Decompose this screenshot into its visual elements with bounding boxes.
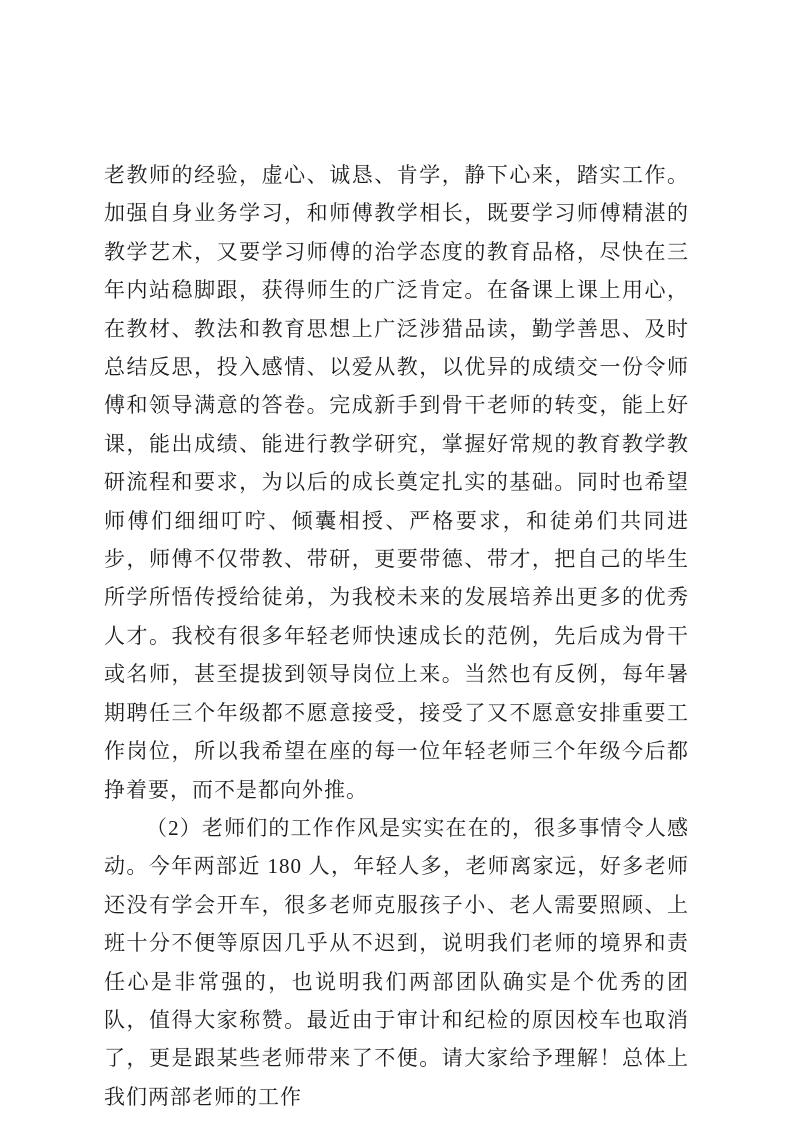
document-page: 老教师的经验，虚心、诚恳、肯学，静下心来，踏实工作。加强自身业务学习，和师傅教学… — [0, 0, 793, 1122]
text-block: 老教师的经验，虚心、诚恳、肯学，静下心来，踏实工作。加强自身业务学习，和师傅教学… — [104, 156, 689, 1116]
paragraph-continuation: 老教师的经验，虚心、诚恳、肯学，静下心来，踏实工作。加强自身业务学习，和师傅教学… — [104, 156, 689, 809]
paragraph-item-2: （2）老师们的工作作风是实实在在的，很多事情令人感动。今年两部近 180 人，年… — [104, 809, 689, 1116]
